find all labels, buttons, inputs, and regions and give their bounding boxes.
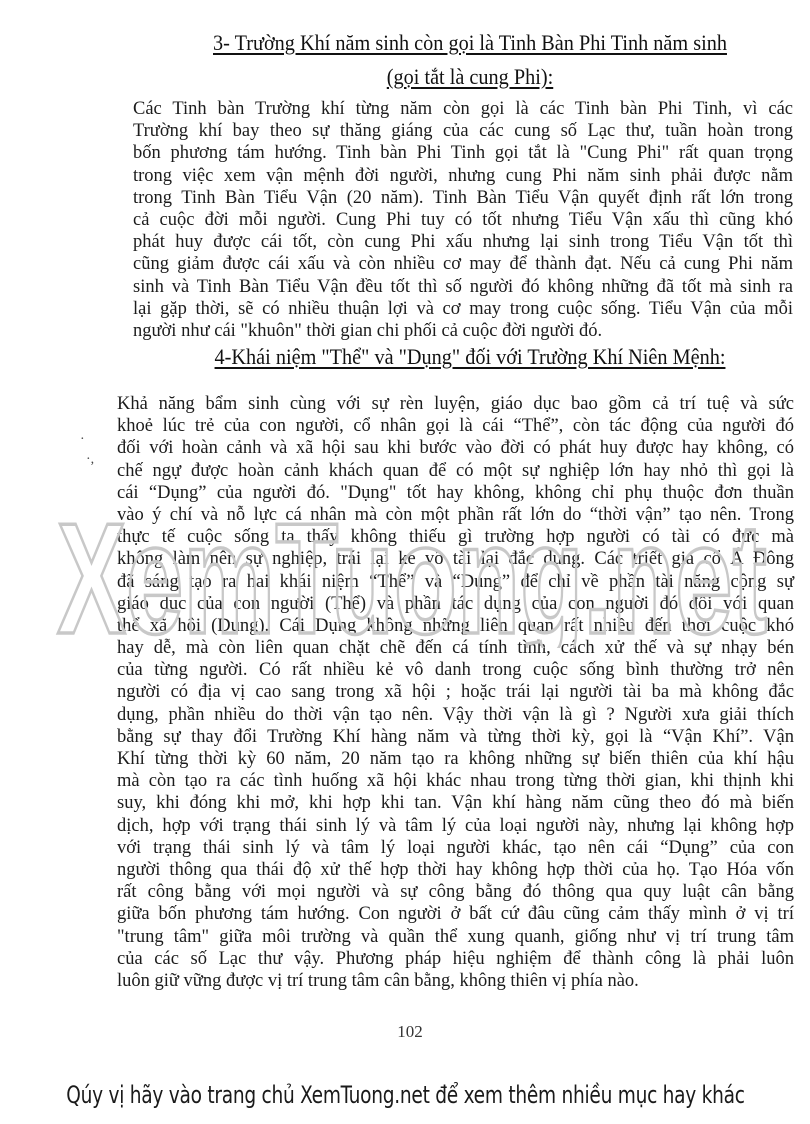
text-line: chế ngự được hoàn cảnh khách quan để có … <box>117 460 794 482</box>
text-line: hay dễ, mà còn liên quan chặt chẽ đến cá… <box>117 637 794 659</box>
text-line: bốn phương tám hướng. Tinh bàn Phi Tinh … <box>133 142 793 164</box>
text-line: của các số Lạc thư vậy. Phương pháp hiệu… <box>117 948 794 970</box>
text-line: luôn giữ vững được vị trí trung tâm cân … <box>117 970 794 992</box>
text-line: thực tế cuộc sống ta thấy không thiếu gì… <box>117 526 794 548</box>
text-line: người thông qua thái độ xử thế hợp thời … <box>117 859 794 881</box>
section-3-heading-line-2: (gọi tắt là cung Phi): <box>155 64 785 90</box>
page-number: 102 <box>380 1022 440 1042</box>
text-line: rất công bằng với mọi người và sự công b… <box>117 881 794 903</box>
text-line: trong Tinh Bàn Tiểu Vận (20 năm). Tinh B… <box>133 187 793 209</box>
text-line: người như cái "khuôn" thời gian chi phối… <box>133 320 793 342</box>
section-3-heading-line-1: 3- Trường Khí năm sinh còn gọi là Tinh B… <box>155 30 785 56</box>
text-line: với trạng thái sinh lý và tâm lý loại ng… <box>117 837 794 859</box>
text-line: bằng sự thay đổi Trường Khí hàng năm và … <box>117 726 794 748</box>
text-line: khoẻ lúc trẻ của con người, cổ nhân gọi … <box>117 415 794 437</box>
section-4-paragraph: Khả năng bẩm sinh cùng với sự rèn luyện,… <box>117 393 794 992</box>
text-line: Trường khí bay theo sự thăng giáng của c… <box>133 120 793 142</box>
text-line: không làm nên sự nghiệp, trái lại kẻ vô … <box>117 548 794 570</box>
text-line: dụng, phần nhiều do thời vận tạo nên. Vậ… <box>117 704 794 726</box>
text-line: trong việc xem vận mệnh đời người, nhưng… <box>133 165 793 187</box>
text-line: vào ý chí và nỗ lực cá nhân mà còn một p… <box>117 504 794 526</box>
text-line: lại gặp thời, sẽ có nhiều thuận lợi và c… <box>133 298 793 320</box>
text-line: cái “Dụng” của người đó. "Dụng" tốt hay … <box>117 482 794 504</box>
scanned-book-page: 3- Trường Khí năm sinh còn gọi là Tinh B… <box>0 0 810 1124</box>
footer-banner: Qúy vị hãy vào trang chủ XemTuong.net để… <box>0 1066 810 1124</box>
text-line: người có địa vị cao sang trong xã hội ; … <box>117 681 794 703</box>
text-line: cũng giảm được cái xấu và còn nhiều cơ m… <box>133 253 793 275</box>
text-line: giữa bốn phương tám hướng. Con người ở b… <box>117 903 794 925</box>
footer-promo-text: Qúy vị hãy vào trang chủ XemTuong.net để… <box>66 1081 745 1109</box>
section-3-paragraph: Các Tinh bàn Trường khí từng năm còn gọi… <box>133 98 793 342</box>
text-line: dịch, hợp với trạng thái sinh lý và tâm … <box>117 815 794 837</box>
text-line: Khí từng thời kỳ 60 năm, 20 năm tạo ra k… <box>117 748 794 770</box>
margin-mark: ·, <box>86 452 94 468</box>
text-line: cả cuộc đời mỗi người. Cung Phi tuy có t… <box>133 209 793 231</box>
margin-mark: · <box>80 432 85 448</box>
text-line: Khả năng bẩm sinh cùng với sự rèn luyện,… <box>117 393 794 415</box>
text-line: Các Tinh bàn Trường khí từng năm còn gọi… <box>133 98 793 120</box>
text-line: của từng người. Có rất nhiều kẻ vô danh … <box>117 659 794 681</box>
section-4-heading: 4-Khái niệm "Thể" và "Dụng" đối với Trườ… <box>137 344 803 370</box>
text-line: giáo dục của con người (Thể) và phần tác… <box>117 593 794 615</box>
text-line: sinh và Tinh Bàn Tiểu Vận đều tốt thì số… <box>133 276 793 298</box>
text-line: suy, khi đóng khi mở, khi hợp khi tan. V… <box>117 792 794 814</box>
text-line: đã sáng tạo ra hai khái niệm “Thể” và “D… <box>117 571 794 593</box>
text-line: thể xã hội (Dụng). Cái Dụng không những … <box>117 615 794 637</box>
text-line: đối với hoàn cảnh và xã hội sau khi bước… <box>117 437 794 459</box>
text-line: phát huy được cái tốt, còn cung Phi xấu … <box>133 231 793 253</box>
text-line: "trung tâm" giữa môi trường và quần thể … <box>117 926 794 948</box>
text-line: mà còn tạo ra các tình huống xã hội khác… <box>117 770 794 792</box>
